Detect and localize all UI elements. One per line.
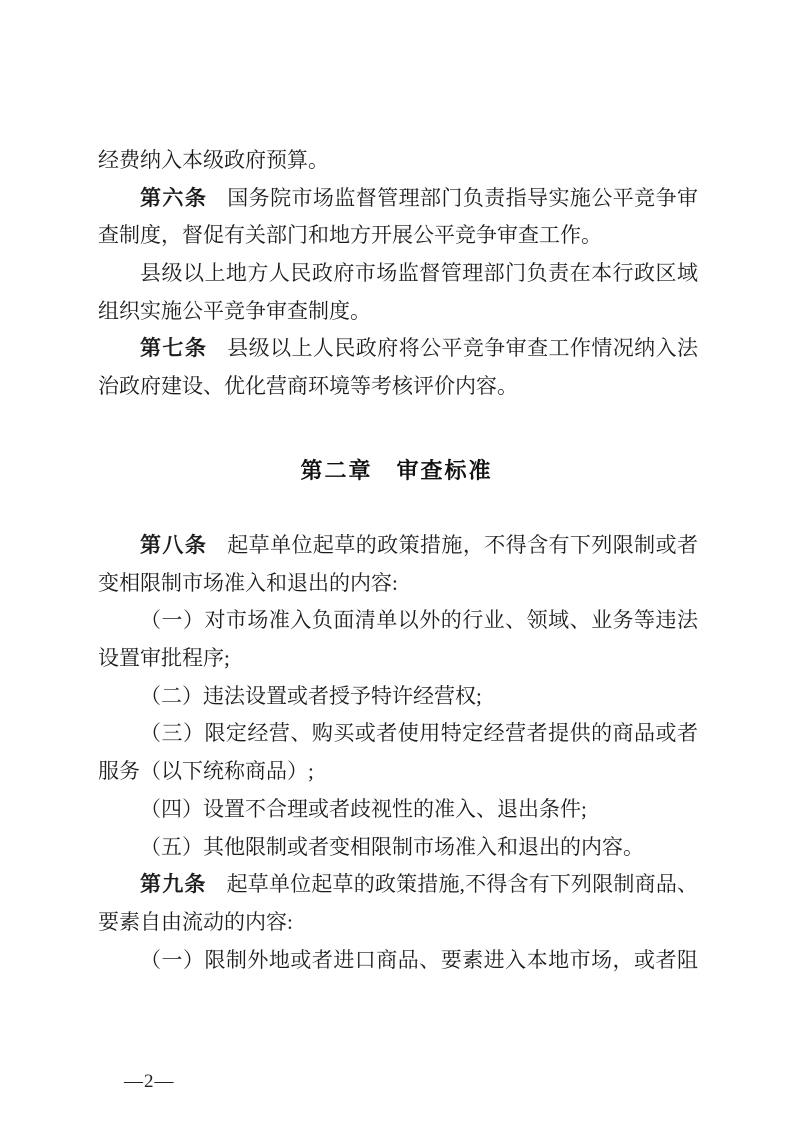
line-text: 起草单位起草的政策措施,不得含有下列限制商品、: [227, 872, 698, 896]
paragraph-first-line: 第六条国务院市场监督管理部门负责指导实施公平竞争审: [98, 180, 698, 218]
chapter-heading: 第二章审查标准: [0, 458, 793, 484]
paragraph-line: 设置审批程序;: [98, 640, 698, 678]
line-text: （一）对市场准入负面清单以外的行业、领域、业务等违法: [140, 608, 698, 632]
paragraph-first-line: 第九条起草单位起草的政策措施,不得含有下列限制商品、: [98, 866, 698, 904]
article-number-label: 第六条: [140, 187, 207, 210]
line-text: 县级以上地方人民政府市场监督管理部门负责在本行政区域: [140, 261, 698, 285]
line-text: 起草单位起草的政策措施，不得含有下列限制或者: [227, 533, 698, 557]
paragraph-first-line: （四）设置不合理或者歧视性的准入、退出条件;: [98, 791, 698, 829]
paragraph-first-line: （二）违法设置或者授予特许经营权;: [98, 678, 698, 716]
line-text: （二）违法设置或者授予特许经营权;: [140, 684, 482, 708]
line-text: 变相限制市场准入和退出的内容:: [98, 571, 398, 595]
paragraph-line: 治政府建设、优化营商环境等考核评价内容。: [98, 368, 698, 406]
paragraph-first-line: （一）限制外地或者进口商品、要素进入本地市场，或者阻: [98, 942, 698, 980]
paragraph-first-line: 第七条县级以上人民政府将公平竞争审查工作情况纳入法: [98, 330, 698, 368]
document-page: 经费纳入本级政府预算。第六条国务院市场监督管理部门负责指导实施公平竞争审查制度，…: [0, 0, 793, 1122]
paragraph-first-line: 第八条起草单位起草的政策措施，不得含有下列限制或者: [98, 527, 698, 565]
paragraph-line: 变相限制市场准入和退出的内容:: [98, 565, 698, 603]
line-text: 经费纳入本级政府预算。: [98, 148, 329, 172]
line-text: 服务（以下统称商品）;: [98, 759, 314, 783]
paragraph-line: 查制度，督促有关部门和地方开展公平竞争审查工作。: [98, 217, 698, 255]
line-text: 设置审批程序;: [98, 646, 230, 670]
paragraph-first-line: （三）限定经营、购买或者使用特定经营者提供的商品或者: [98, 715, 698, 753]
line-text: 查制度，督促有关部门和地方开展公平竞争审查工作。: [98, 223, 602, 247]
page-number: —2—: [124, 1071, 175, 1093]
paragraph-first-line: （五）其他限制或者变相限制市场准入和退出的内容。: [98, 829, 698, 867]
line-text: 治政府建设、优化营商环境等考核评价内容。: [98, 374, 518, 398]
line-text: 国务院市场监督管理部门负责指导实施公平竞争审: [227, 186, 698, 210]
paragraph-first-line: 县级以上地方人民政府市场监督管理部门负责在本行政区域: [98, 255, 698, 293]
paragraph-first-line: 经费纳入本级政府预算。: [98, 142, 698, 180]
body-text-block-bottom: 第八条起草单位起草的政策措施，不得含有下列限制或者变相限制市场准入和退出的内容:…: [98, 527, 698, 979]
paragraph-line: 组织实施公平竞争审查制度。: [98, 293, 698, 331]
paragraph-first-line: （一）对市场准入负面清单以外的行业、领域、业务等违法: [98, 602, 698, 640]
article-number-label: 第八条: [140, 534, 207, 557]
line-text: 县级以上人民政府将公平竞争审查工作情况纳入法: [227, 336, 698, 360]
line-text: （四）设置不合理或者歧视性的准入、退出条件;: [140, 797, 587, 821]
line-text: 要素自由流动的内容:: [98, 910, 293, 934]
paragraph-line: 服务（以下统称商品）;: [98, 753, 698, 791]
line-text: 组织实施公平竞争审查制度。: [98, 299, 371, 323]
line-text: （五）其他限制或者变相限制市场准入和退出的内容。: [140, 835, 644, 859]
chapter-title: 审查标准: [397, 458, 493, 483]
line-text: （三）限定经营、购买或者使用特定经营者提供的商品或者: [140, 721, 698, 745]
article-number-label: 第九条: [140, 873, 207, 896]
chapter-number: 第二章: [300, 458, 372, 483]
paragraph-line: 要素自由流动的内容:: [98, 904, 698, 942]
line-text: （一）限制外地或者进口商品、要素进入本地市场，或者阻: [140, 948, 698, 972]
article-number-label: 第七条: [140, 337, 207, 360]
body-text-block-top: 经费纳入本级政府预算。第六条国务院市场监督管理部门负责指导实施公平竞争审查制度，…: [98, 142, 698, 406]
